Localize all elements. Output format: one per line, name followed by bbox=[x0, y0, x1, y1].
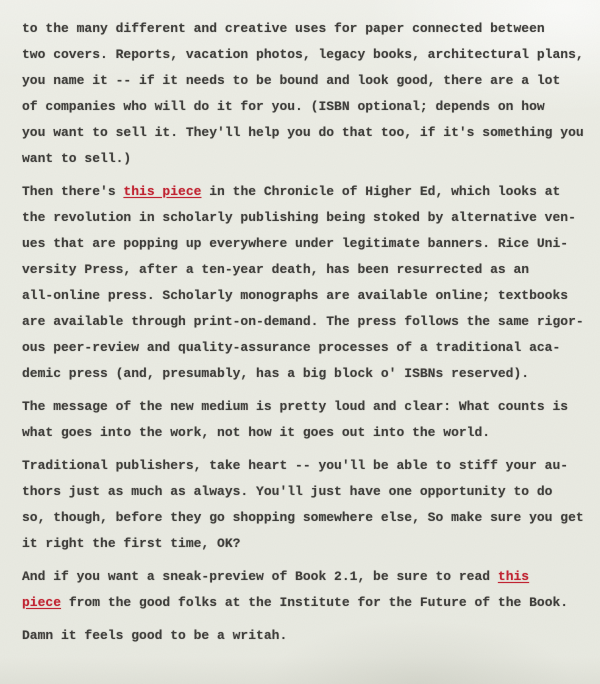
link-this-piece[interactable]: piece bbox=[22, 595, 61, 610]
text-line: Traditional publishers, take heart -- yo… bbox=[22, 453, 586, 479]
text-run: thors just as much as always. You'll jus… bbox=[22, 484, 553, 499]
text-line: so, though, before they go shopping some… bbox=[22, 505, 586, 531]
text-line: ous peer-review and quality-assurance pr… bbox=[22, 335, 586, 361]
paragraph: Traditional publishers, take heart -- yo… bbox=[22, 453, 586, 557]
text-line: thors just as much as always. You'll jus… bbox=[22, 479, 586, 505]
text-line: to the many different and creative uses … bbox=[22, 16, 586, 42]
text-run: you want to sell it. They'll help you do… bbox=[22, 125, 584, 140]
text-line: it right the first time, OK? bbox=[22, 531, 586, 557]
paper-page: to the many different and creative uses … bbox=[0, 0, 600, 684]
text-run: all-online press. Scholarly monographs a… bbox=[22, 288, 568, 303]
text-line: two covers. Reports, vacation photos, le… bbox=[22, 42, 586, 68]
text-line: want to sell.) bbox=[22, 146, 586, 172]
text-run: to the many different and creative uses … bbox=[22, 21, 545, 36]
text-run: so, though, before they go shopping some… bbox=[22, 510, 584, 525]
text-line: all-online press. Scholarly monographs a… bbox=[22, 283, 586, 309]
text-run: you name it -- if it needs to be bound a… bbox=[22, 73, 560, 88]
document-body: to the many different and creative uses … bbox=[22, 16, 586, 649]
text-run: And if you want a sneak-preview of Book … bbox=[22, 569, 498, 584]
paragraph: And if you want a sneak-preview of Book … bbox=[22, 564, 586, 616]
text-run: in the Chronicle of Higher Ed, which loo… bbox=[201, 184, 560, 199]
text-line: you want to sell it. They'll help you do… bbox=[22, 120, 586, 146]
paragraph: Then there's this piece in the Chronicle… bbox=[22, 179, 586, 387]
text-run: of companies who will do it for you. (IS… bbox=[22, 99, 545, 114]
text-run: two covers. Reports, vacation photos, le… bbox=[22, 47, 584, 62]
paragraph: The message of the new medium is pretty … bbox=[22, 394, 586, 446]
text-line: of companies who will do it for you. (IS… bbox=[22, 94, 586, 120]
text-line: versity Press, after a ten-year death, h… bbox=[22, 257, 586, 283]
text-run: ous peer-review and quality-assurance pr… bbox=[22, 340, 560, 355]
text-line: demic press (and, presumably, has a big … bbox=[22, 361, 586, 387]
paragraph: Damn it feels good to be a writah. bbox=[22, 623, 586, 649]
text-run: Traditional publishers, take heart -- yo… bbox=[22, 458, 568, 473]
text-line: you name it -- if it needs to be bound a… bbox=[22, 68, 586, 94]
text-run: versity Press, after a ten-year death, h… bbox=[22, 262, 529, 277]
link-this-piece[interactable]: this piece bbox=[123, 184, 201, 199]
text-line: The message of the new medium is pretty … bbox=[22, 394, 586, 420]
text-run: Then there's bbox=[22, 184, 123, 199]
text-line: piece from the good folks at the Institu… bbox=[22, 590, 586, 616]
text-run: want to sell.) bbox=[22, 151, 131, 166]
text-run: what goes into the work, not how it goes… bbox=[22, 425, 490, 440]
text-line: ues that are popping up everywhere under… bbox=[22, 231, 586, 257]
text-run: The message of the new medium is pretty … bbox=[22, 399, 568, 414]
text-line: what goes into the work, not how it goes… bbox=[22, 420, 586, 446]
text-run: from the good folks at the Institute for… bbox=[61, 595, 568, 610]
text-line: Damn it feels good to be a writah. bbox=[22, 623, 586, 649]
text-run: the revolution in scholarly publishing b… bbox=[22, 210, 576, 225]
text-line: Then there's this piece in the Chronicle… bbox=[22, 179, 586, 205]
text-run: Damn it feels good to be a writah. bbox=[22, 628, 287, 643]
text-run: demic press (and, presumably, has a big … bbox=[22, 366, 529, 381]
link-this-piece[interactable]: this bbox=[498, 569, 529, 584]
text-line: are available through print-on-demand. T… bbox=[22, 309, 586, 335]
text-run: it right the first time, OK? bbox=[22, 536, 240, 551]
text-run: are available through print-on-demand. T… bbox=[22, 314, 584, 329]
text-line: the revolution in scholarly publishing b… bbox=[22, 205, 586, 231]
paragraph: to the many different and creative uses … bbox=[22, 16, 586, 172]
text-run: ues that are popping up everywhere under… bbox=[22, 236, 568, 251]
text-line: And if you want a sneak-preview of Book … bbox=[22, 564, 586, 590]
